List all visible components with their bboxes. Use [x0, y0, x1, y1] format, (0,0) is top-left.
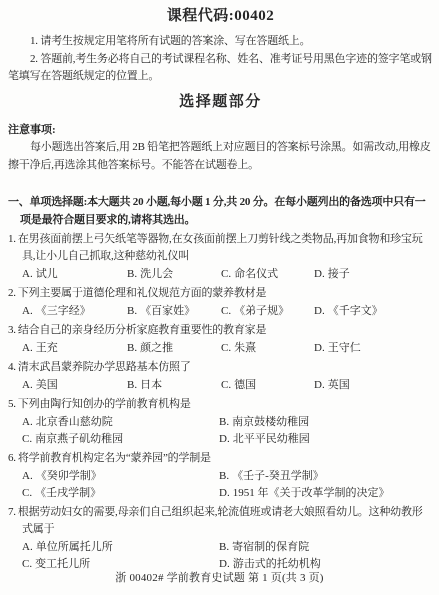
question-6: 6.将学前教育机构定名为“蒙养园”的学制是 A.《癸卯学制》 B.《壬子-癸丑学… [8, 450, 433, 502]
option-label: A. [22, 268, 33, 280]
question-1-options: A.试儿 B.洗儿会 C.命名仪式 D.接子 [22, 266, 433, 283]
question-2-option-c: C.《弟子规》 [221, 303, 314, 320]
option-text: 接子 [328, 268, 350, 280]
option-label: C. [22, 433, 32, 445]
question-5-option-c: C.南京燕子矶幼稚园 [22, 431, 219, 448]
option-label: B. [127, 305, 137, 317]
question-1-text: 在男孩面前摆上弓矢纸笔等器物,在女孩面前摆上刀剪针线之类物品,再加食物和珍宝玩具… [18, 233, 423, 262]
question-5-stem: 5.下列由陶行知创办的学前教育机构是 [8, 396, 433, 413]
option-text: 德国 [234, 379, 256, 391]
question-3: 3.结合自己的亲身经历分析家庭教育重要性的教育家是 A.王充 B.颜之推 C.朱… [8, 322, 433, 357]
question-2-stem: 2.下列主要属于道德伦理和礼仪规范方面的蒙养教材是 [8, 285, 433, 302]
option-label: A. [22, 305, 33, 317]
option-label: B. [127, 268, 137, 280]
question-4-option-b: B.日本 [127, 377, 221, 394]
course-code-title: 课程代码:00402 [8, 6, 433, 26]
option-text: 1951 年《关于改革学制的决定》 [233, 487, 390, 499]
question-3-options: A.王充 B.颜之推 C.朱熹 D.王守仁 [22, 340, 433, 357]
option-label: D. [314, 305, 325, 317]
option-label: C. [22, 487, 32, 499]
option-text: 颜之推 [140, 342, 173, 354]
question-3-text: 结合自己的亲身经历分析家庭教育重要性的教育家是 [18, 324, 266, 336]
option-label: B. [127, 342, 137, 354]
part-one-heading: 一、单项选择题:本大题共 20 小题,每小题 1 分,共 20 分。在每小题列出… [8, 194, 433, 229]
notice-body: 每小题选出答案后,用 2B 铅笔把答题纸上对应题目的答案标号涂黑。如需改动,用橡… [8, 139, 433, 174]
option-label: B. [127, 379, 137, 391]
question-2-number: 2. [8, 287, 16, 299]
option-label: C. [221, 305, 231, 317]
option-label: C. [221, 379, 231, 391]
question-1-stem: 1.在男孩面前摆上弓矢纸笔等器物,在女孩面前摆上刀剪针线之类物品,再加食物和珍宝… [8, 231, 433, 265]
question-6-stem: 6.将学前教育机构定名为“蒙养园”的学制是 [8, 450, 433, 467]
option-text: 《三字经》 [36, 305, 91, 317]
question-2-option-d: D.《千字文》 [314, 303, 433, 320]
question-6-option-a: A.《癸卯学制》 [22, 468, 219, 485]
question-3-option-a: A.王充 [22, 340, 127, 357]
option-text: 北平平民幼稚园 [233, 433, 310, 445]
option-text: 英国 [328, 379, 350, 391]
option-text: 南京燕子矶幼稚园 [35, 433, 123, 445]
instruction-1: 1. 请考生按规定用笔将所有试题的答案涂、写在答题纸上。 [8, 33, 433, 51]
option-text: 南京鼓楼幼稚园 [232, 416, 309, 428]
notice-heading: 注意事项: [8, 122, 433, 140]
question-6-option-b: B.《壬子-癸丑学制》 [219, 468, 433, 485]
question-2-option-a: A.《三字经》 [22, 303, 127, 320]
option-label: A. [22, 342, 33, 354]
question-4-stem: 4.清末武昌蒙养院办学思路基本仿照了 [8, 359, 433, 376]
question-1: 1.在男孩面前摆上弓矢纸笔等器物,在女孩面前摆上刀剪针线之类物品,再加食物和珍宝… [8, 231, 433, 283]
option-text: 《弟子规》 [234, 305, 289, 317]
option-label: D. [219, 487, 230, 499]
question-5-text: 下列由陶行知创办的学前教育机构是 [18, 398, 191, 410]
question-7-number: 7. [8, 506, 16, 518]
question-2-options: A.《三字经》 B.《百家姓》 C.《弟子规》 D.《千字文》 [22, 303, 433, 320]
question-1-number: 1. [8, 233, 16, 245]
question-7-option-a: A.单位所属托儿所 [22, 539, 219, 556]
question-4-text: 清末武昌蒙养院办学思路基本仿照了 [18, 361, 191, 373]
question-7-options: A.单位所属托儿所 B.寄宿制的保育院 C.变工托儿所 D.游击式的托幼机构 [22, 539, 433, 573]
question-4: 4.清末武昌蒙养院办学思路基本仿照了 A.美国 B.日本 C.德国 D.英国 [8, 359, 433, 394]
question-3-number: 3. [8, 324, 16, 336]
question-7: 7.根据劳动妇女的需要,母亲们自己组织起来,轮流值班或请老大娘照看幼儿。这种幼教… [8, 504, 433, 573]
option-text: 王守仁 [328, 342, 361, 354]
option-text: 《壬子-癸丑学制》 [232, 470, 324, 482]
question-1-option-a: A.试儿 [22, 266, 127, 283]
question-7-stem: 7.根据劳动妇女的需要,母亲们自己组织起来,轮流值班或请老大娘照看幼儿。这种幼教… [8, 504, 433, 538]
question-6-option-d: D.1951 年《关于改革学制的决定》 [219, 485, 433, 502]
option-text: 《癸卯学制》 [36, 470, 102, 482]
option-text: 洗儿会 [140, 268, 173, 280]
question-6-text: 将学前教育机构定名为“蒙养园”的学制是 [18, 452, 211, 464]
question-7-option-b: B.寄宿制的保育院 [219, 539, 433, 556]
question-6-options: A.《癸卯学制》 B.《壬子-癸丑学制》 C.《壬戌学制》 D.1951 年《关… [22, 468, 433, 502]
option-text: 王充 [36, 342, 58, 354]
question-4-option-c: C.德国 [221, 377, 314, 394]
question-4-options: A.美国 B.日本 C.德国 D.英国 [22, 377, 433, 394]
question-7-text: 根据劳动妇女的需要,母亲们自己组织起来,轮流值班或请老大娘照看幼儿。这种幼教形式… [18, 506, 423, 535]
option-text: 命名仪式 [234, 268, 278, 280]
option-text: 《千字文》 [328, 305, 383, 317]
question-3-stem: 3.结合自己的亲身经历分析家庭教育重要性的教育家是 [8, 322, 433, 339]
option-text: 单位所属托儿所 [36, 541, 113, 553]
question-2-text: 下列主要属于道德伦理和礼仪规范方面的蒙养教材是 [18, 287, 266, 299]
question-1-option-c: C.命名仪式 [221, 266, 314, 283]
question-1-option-d: D.接子 [314, 266, 433, 283]
option-label: D. [314, 379, 325, 391]
option-label: A. [22, 470, 33, 482]
option-text: 美国 [36, 379, 58, 391]
question-4-option-d: D.英国 [314, 377, 433, 394]
option-label: D. [219, 433, 230, 445]
option-text: 试儿 [36, 268, 58, 280]
question-3-option-d: D.王守仁 [314, 340, 433, 357]
option-label: D. [314, 268, 325, 280]
question-1-option-b: B.洗儿会 [127, 266, 221, 283]
question-2: 2.下列主要属于道德伦理和礼仪规范方面的蒙养教材是 A.《三字经》 B.《百家姓… [8, 285, 433, 320]
question-3-option-b: B.颜之推 [127, 340, 221, 357]
question-4-number: 4. [8, 361, 16, 373]
question-6-option-c: C.《壬戌学制》 [22, 485, 219, 502]
page-footer: 浙 00402# 学前教育史试题 第 1 页(共 3 页) [0, 569, 439, 585]
exam-paper-page: 课程代码:00402 1. 请考生按规定用笔将所有试题的答案涂、写在答题纸上。 … [0, 0, 439, 595]
question-2-option-b: B.《百家姓》 [127, 303, 221, 320]
option-label: A. [22, 416, 33, 428]
question-5-option-a: A.北京香山慈幼院 [22, 414, 219, 431]
question-5: 5.下列由陶行知创办的学前教育机构是 A.北京香山慈幼院 B.南京鼓楼幼稚园 C… [8, 396, 433, 448]
option-label: A. [22, 379, 33, 391]
option-text: 《百家姓》 [140, 305, 195, 317]
option-label: D. [314, 342, 325, 354]
option-label: B. [219, 541, 229, 553]
section-title: 选择题部分 [8, 92, 433, 112]
option-label: C. [221, 342, 231, 354]
option-text: 寄宿制的保育院 [232, 541, 309, 553]
question-5-number: 5. [8, 398, 16, 410]
question-3-option-c: C.朱熹 [221, 340, 314, 357]
option-label: C. [221, 268, 231, 280]
question-4-option-a: A.美国 [22, 377, 127, 394]
option-label: B. [219, 416, 229, 428]
question-6-number: 6. [8, 452, 16, 464]
question-5-option-b: B.南京鼓楼幼稚园 [219, 414, 433, 431]
question-5-options: A.北京香山慈幼院 B.南京鼓楼幼稚园 C.南京燕子矶幼稚园 D.北平平民幼稚园 [22, 414, 433, 448]
option-text: 北京香山慈幼院 [36, 416, 113, 428]
option-label: B. [219, 470, 229, 482]
option-text: 《壬戌学制》 [35, 487, 101, 499]
option-text: 朱熹 [234, 342, 256, 354]
option-text: 日本 [140, 379, 162, 391]
option-label: A. [22, 541, 33, 553]
question-5-option-d: D.北平平民幼稚园 [219, 431, 433, 448]
instruction-2: 2. 答题前,考生务必将自己的考试课程名称、姓名、准考证号用黑色字迹的签字笔或钢… [8, 51, 433, 86]
